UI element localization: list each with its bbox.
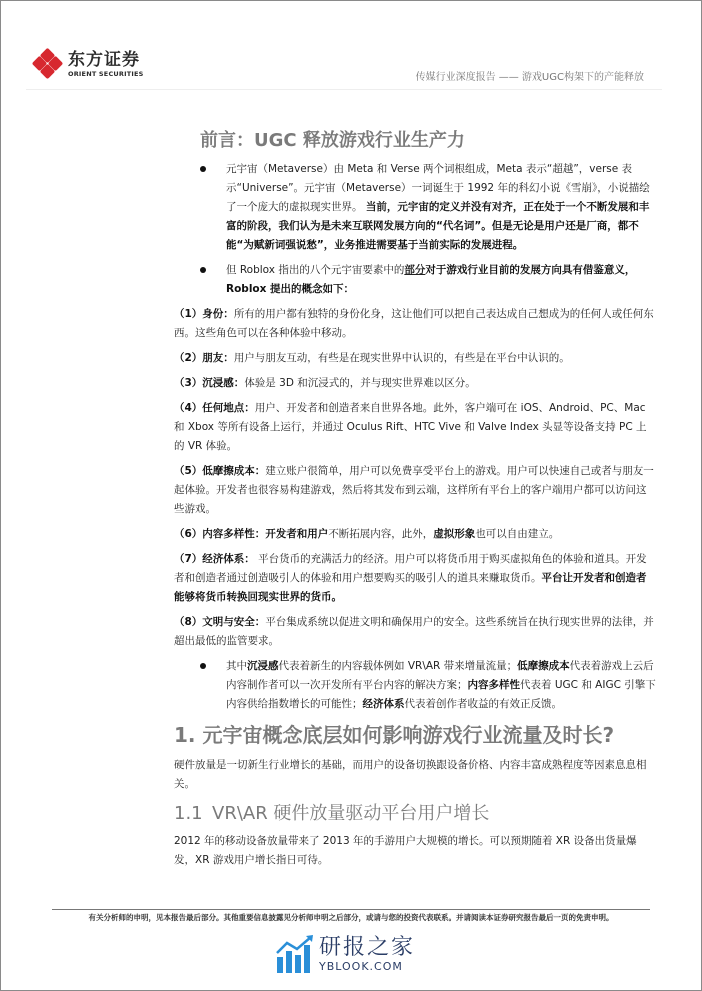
section-1-heading: 1. 元宇宙概念底层如何影响游戏行业流量及时长?	[174, 720, 656, 750]
concept-item-immersion: （3）沉浸感：体验是 3D 和沉浸式的，并与现实世界难以区分。	[174, 374, 656, 393]
bar-chart-arrow-icon	[275, 935, 315, 973]
report-title: 传媒行业深度报告 —— 游戏UGC构架下的产能释放	[416, 68, 644, 83]
paragraph-text: 但 Roblox 指出的八个元宇宙要素中的	[226, 264, 404, 276]
logo-chinese-name: 东方证券	[68, 50, 144, 70]
bullet-icon	[200, 166, 206, 172]
section-1-1-text: 2012 年的移动设备放量带来了 2013 年的手游用户大规模的增长。可以预期随…	[174, 832, 656, 870]
bullet-icon	[200, 663, 206, 669]
bullet-paragraph: 但 Roblox 指出的八个元宇宙要素中的部分对于游戏行业目前的发展方向具有借鉴…	[200, 261, 656, 299]
page-header: 东方证券 ORIENT SECURITIES 传媒行业深度报告 —— 游戏UGC…	[26, 44, 662, 90]
orient-logo-icon	[34, 50, 62, 78]
logo-english-name: ORIENT SECURITIES	[68, 70, 144, 78]
main-content: 前言：UGC 释放游戏行业生产力 元宇宙（Metaverse）由 Meta 和 …	[200, 128, 656, 876]
footer-disclaimer: 有关分析师的申明，见本报告最后部分。其他重要信息披露见分析师申明之后部分，或请与…	[0, 912, 702, 923]
concept-item-anywhere: （4）任何地点：用户、开发者和创造者来自世界各地。此外，客户端可在 iOS、An…	[174, 399, 656, 456]
preface-heading: 前言：UGC 释放游戏行业生产力	[200, 128, 656, 154]
concept-item-variety: （6）内容多样性：开发者和用户不断拓展内容，此外，虚拟形象也可以自由建立。	[174, 525, 656, 544]
section-1-text: 硬件放量是一切新生行业增长的基础，而用户的设备切换跟设备价格、内容丰富成熟程度等…	[174, 756, 656, 794]
underlined-text: 部分	[404, 264, 425, 276]
concept-item-economy: （7）经济体系： 平台货币的充满活力的经济。用户可以将货币用于购买虚拟角色的体验…	[174, 550, 656, 607]
concept-item-civility: （8）文明与安全：平台集成系统以促进文明和确保用户的安全。这些系统旨在执行现实世…	[174, 613, 656, 651]
bullet-icon	[200, 267, 206, 273]
section-1-1-heading: 1.1VR\AR 硬件放量驱动平台用户增长	[174, 800, 656, 828]
concept-item-identity: （1）身份：所有的用户都有独特的身份化身，这让他们可以把自己表达成自己想成为的任…	[174, 305, 656, 343]
bullet-paragraph: 元宇宙（Metaverse）由 Meta 和 Verse 两个词根组成，Meta…	[200, 160, 656, 255]
watermark-en: YBLOOK.COM	[319, 961, 415, 973]
company-logo: 东方证券 ORIENT SECURITIES	[34, 50, 144, 78]
header-divider	[26, 89, 662, 90]
watermark-cn: 研报之家	[319, 935, 415, 961]
footer-divider	[52, 909, 650, 910]
watermark: 研报之家 YBLOOK.COM	[275, 935, 415, 973]
concept-item-low-friction: （5）低摩擦成本：建立账户很简单，用户可以免费享受平台上的游戏。用户可以快速自己…	[174, 462, 656, 519]
bullet-paragraph: 其中沉浸感代表着新生的内容载体例如 VR\AR 带来增量流量；低摩擦成本代表着游…	[200, 657, 656, 714]
concept-item-friends: （2）朋友：用户与朋友互动，有些是在现实世界中认识的，有些是在平台中认识的。	[174, 349, 656, 368]
